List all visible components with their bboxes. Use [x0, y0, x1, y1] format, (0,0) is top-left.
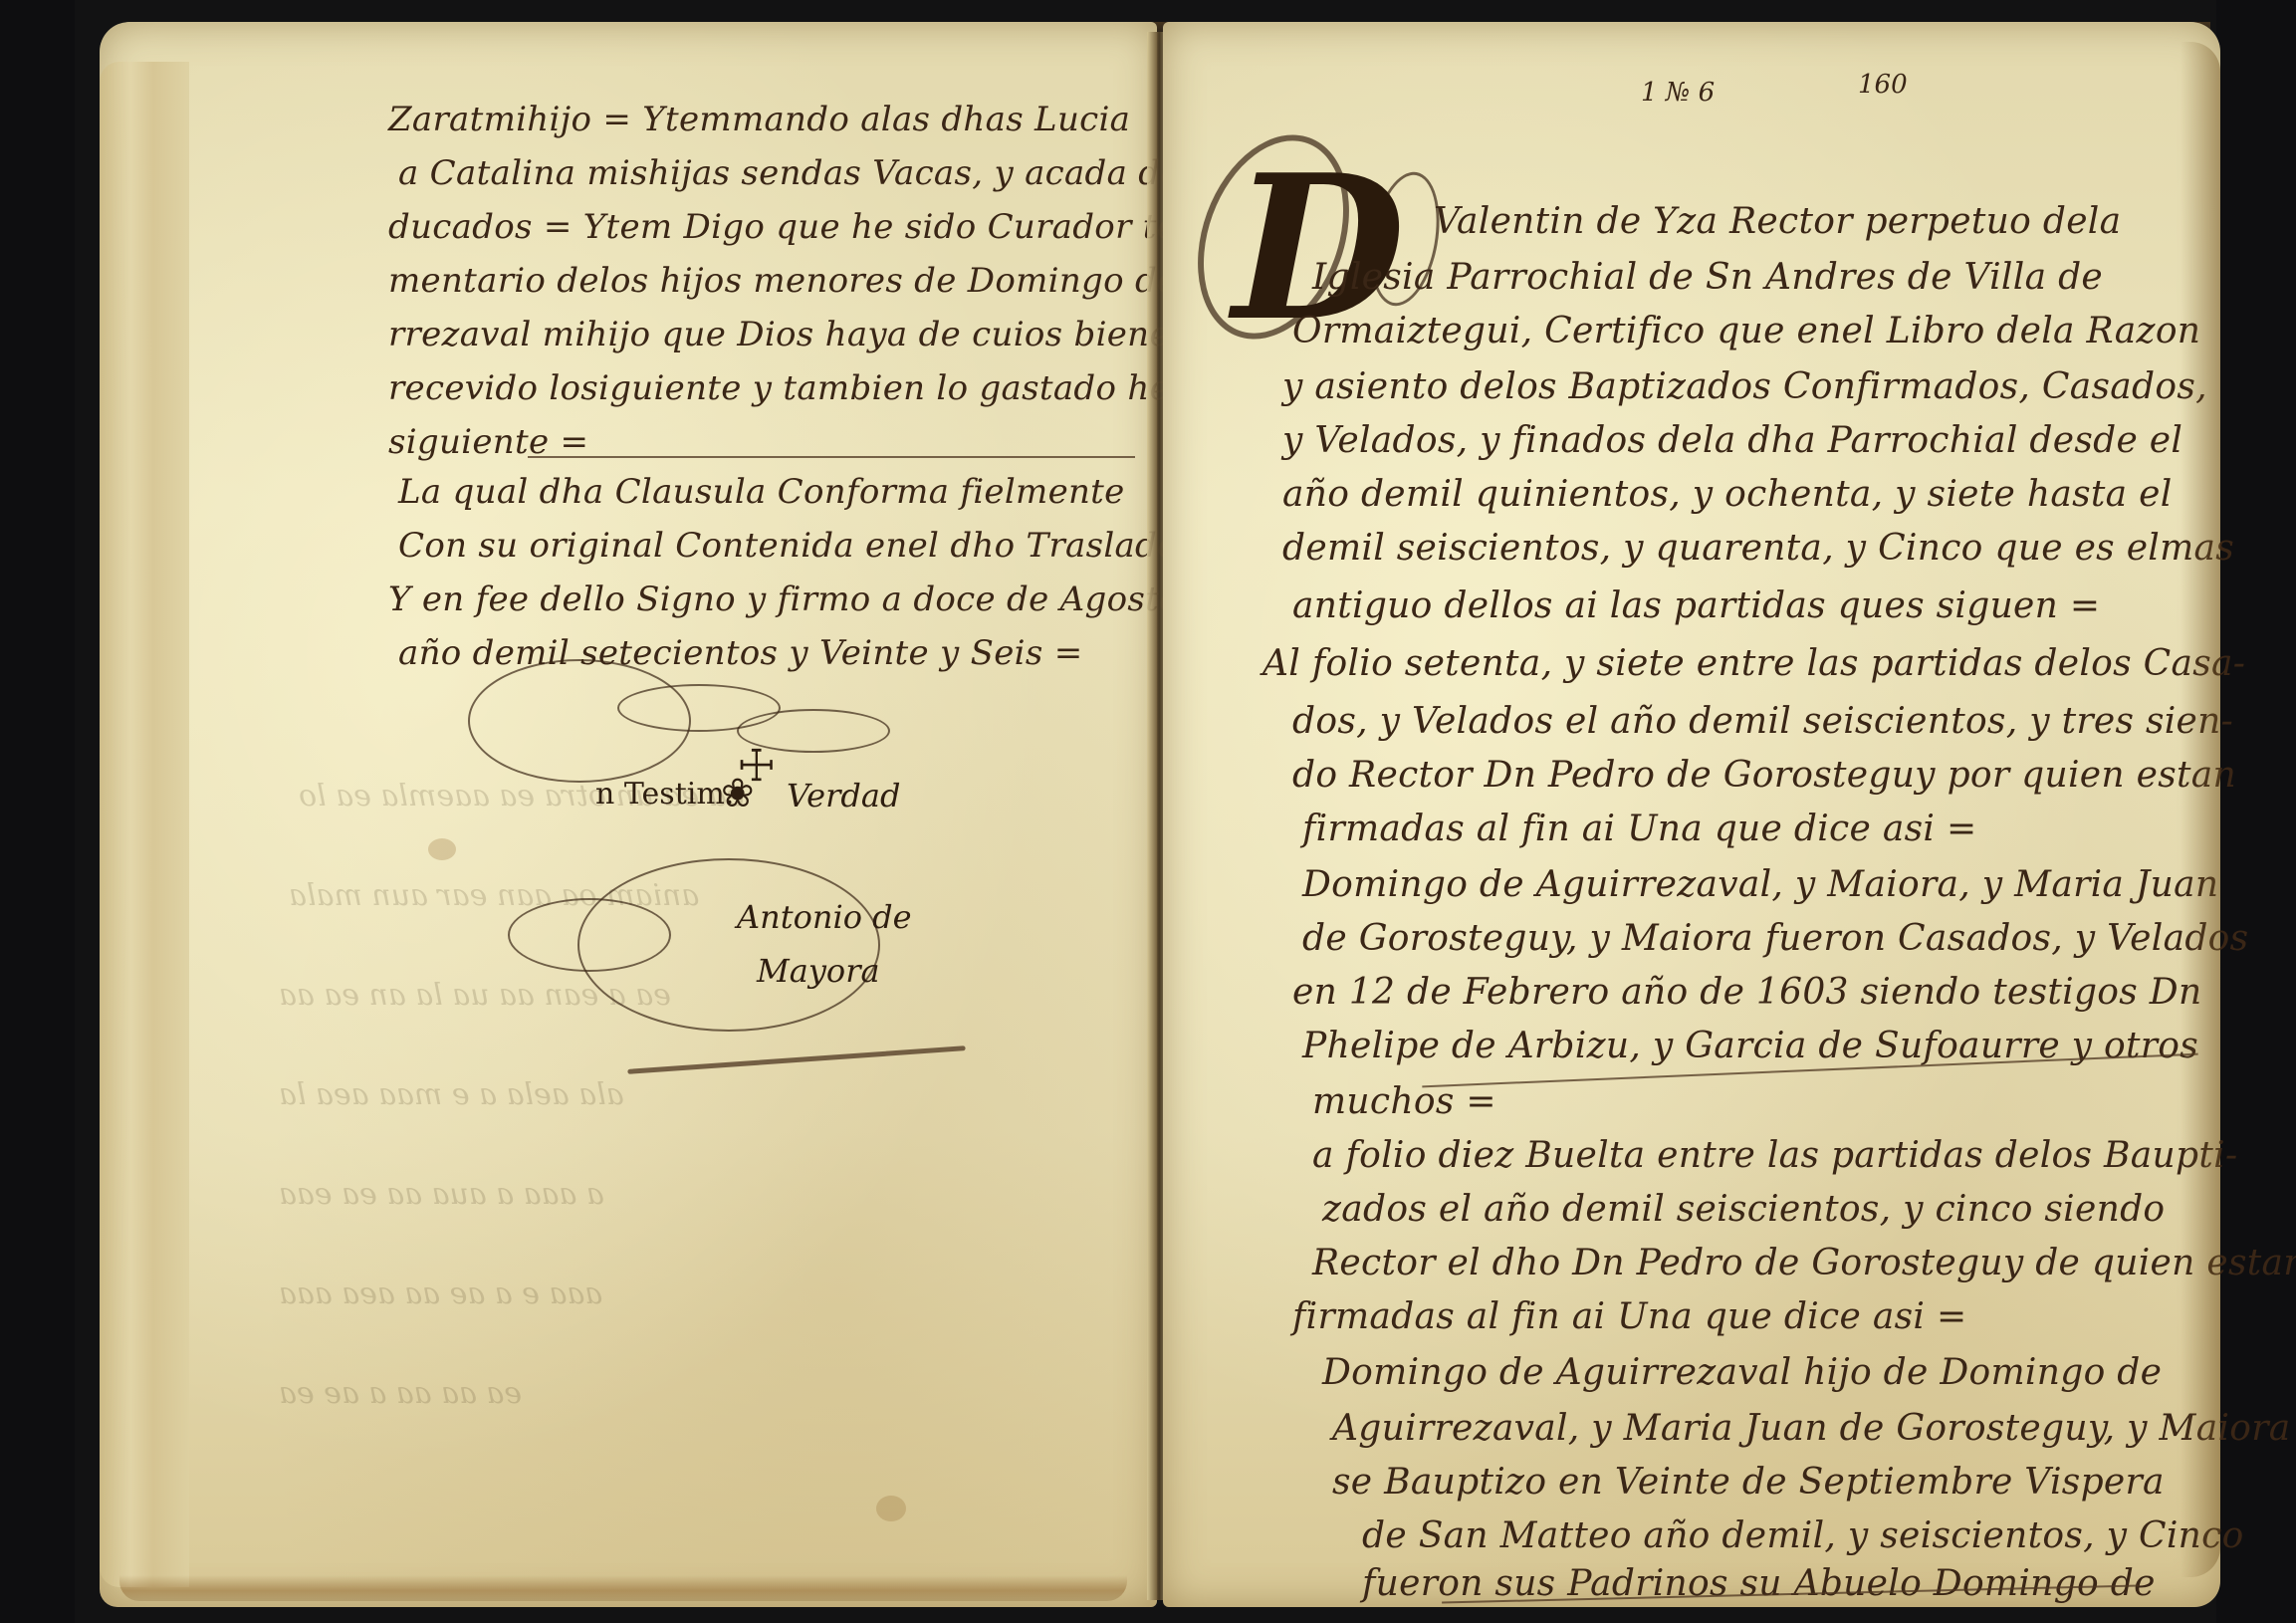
left-page: ea ea un otra ea aaemla ea lo aniam oa a…: [100, 22, 1157, 1607]
opening-line: demil seiscientos, y quarenta, y Cinco q…: [1282, 528, 2234, 569]
signature-underline: [627, 1045, 966, 1074]
text-line: mentario delos hijos menores de Domingo …: [388, 261, 1219, 301]
entry-2-line: a folio diez Buelta entre las partidas d…: [1312, 1135, 2237, 1176]
section-divider: [528, 456, 1135, 458]
opening-line: año demil quinientos, y ochenta, y siete…: [1282, 474, 2173, 515]
clause-line: La qual dha Clausula Conforma fielmente: [398, 472, 1125, 512]
show-through-text: a aaa a aua aa ea eaa: [279, 1177, 604, 1212]
entry-2-line: Aguirrezaval, y Maria Juan de Gorosteguy…: [1332, 1408, 2291, 1449]
truth-word: Verdad: [787, 777, 900, 814]
opening-line: Ormaiztegui, Certifico que enel Libro de…: [1292, 311, 2200, 351]
show-through-text: ala aela a e maa aea la: [279, 1077, 624, 1112]
entry-2-line: de San Matteo año demil, y seiscientos, …: [1362, 1515, 2244, 1556]
text-line: ducados = Ytem Digo que he sido Curador …: [388, 207, 1189, 247]
signature-flourish: [508, 898, 671, 972]
text-line: a Catalina mishijas sendas Vacas, y acad…: [398, 153, 1199, 193]
dark-background-right: [2216, 0, 2296, 1623]
entry-1-line: en 12 de Febrero año de 1603 siendo test…: [1292, 972, 2201, 1013]
entry-1-line: Domingo de Aguirrezaval, y Maiora, y Mar…: [1302, 864, 2218, 905]
entry-2-line: se Bauptizo en Veinte de Septiembre Visp…: [1332, 1462, 2165, 1503]
opening-line: y Velados, y finados dela dha Parrochial…: [1282, 420, 2182, 461]
show-through-text: aaa e a ae aa aea aaa: [279, 1276, 602, 1311]
ink-stain: [428, 838, 456, 860]
text-line: recevido losiguiente y tambien lo gastad…: [388, 368, 1170, 408]
entry-2-line: fueron sus Padrinos su Abuelo Domingo de: [1362, 1563, 2156, 1604]
opening-line: antiguo dellos ai las partidas ques sigu…: [1292, 585, 2100, 626]
entry-1-line: firmadas al fin ai Una que dice asi =: [1302, 809, 1976, 849]
opening-line: Valentin de Yza Rector perpetuo dela: [1434, 201, 2121, 242]
entry-1-line: do Rector Dn Pedro de Gorosteguy por qui…: [1292, 755, 2236, 796]
opening-line: y asiento delos Baptizados Confirmados, …: [1282, 366, 2207, 407]
water-stain: [876, 1496, 906, 1521]
manuscript-spread: ea ea un otra ea aaemla ea lo aniam oa a…: [100, 22, 2220, 1607]
entry-2-line: Rector el dho Dn Pedro de Gorosteguy de …: [1312, 1243, 2296, 1283]
signer-first-name: Antonio de: [737, 898, 912, 936]
entry-1-line: Al folio setenta, y siete entre las part…: [1263, 643, 2245, 684]
testimony-label: n Testim.: [595, 777, 734, 811]
page-number: 160: [1858, 70, 1908, 100]
signer-last-name: Mayora: [757, 952, 880, 990]
opening-line: Iglesia Parrochial de Sn Andres de Villa…: [1312, 257, 2103, 298]
entry-2-line: zados el año demil seiscientos, y cinco …: [1322, 1189, 2165, 1230]
entry-2-line: Domingo de Aguirrezaval hijo de Domingo …: [1322, 1352, 2162, 1393]
text-line: Zaratmihijo = Ytemmando alas dhas Lucia: [388, 100, 1130, 139]
folio-mark: 1 № 6: [1641, 78, 1715, 108]
entry-2-line: firmadas al fin ai Una que dice asi =: [1292, 1296, 1966, 1337]
entry-1-line: de Gorosteguy, y Maiora fueron Casados, …: [1302, 918, 2248, 959]
dark-background-left: [0, 0, 75, 1623]
clause-line: Con su original Contenida enel dho Trasl…: [398, 526, 1178, 566]
entry-1-line: dos, y Velados el año demil seiscientos,…: [1292, 701, 2233, 742]
entry-1-line: muchos =: [1312, 1081, 1496, 1122]
show-through-text: ea aa aa a ae ea: [279, 1376, 522, 1411]
right-page: 1 № 6 160 D Valentin de Yza Rector perpe…: [1163, 22, 2220, 1607]
clause-line: Y en fee dello Signo y firmo a doce de A…: [388, 580, 1233, 619]
clause-line: año demil setecientos y Veinte y Seis =: [398, 633, 1082, 673]
notary-sign-quatrefoil-icon: ❀: [721, 771, 755, 816]
text-line: rrezaval mihijo que Dios haya de cuios b…: [388, 315, 1241, 354]
